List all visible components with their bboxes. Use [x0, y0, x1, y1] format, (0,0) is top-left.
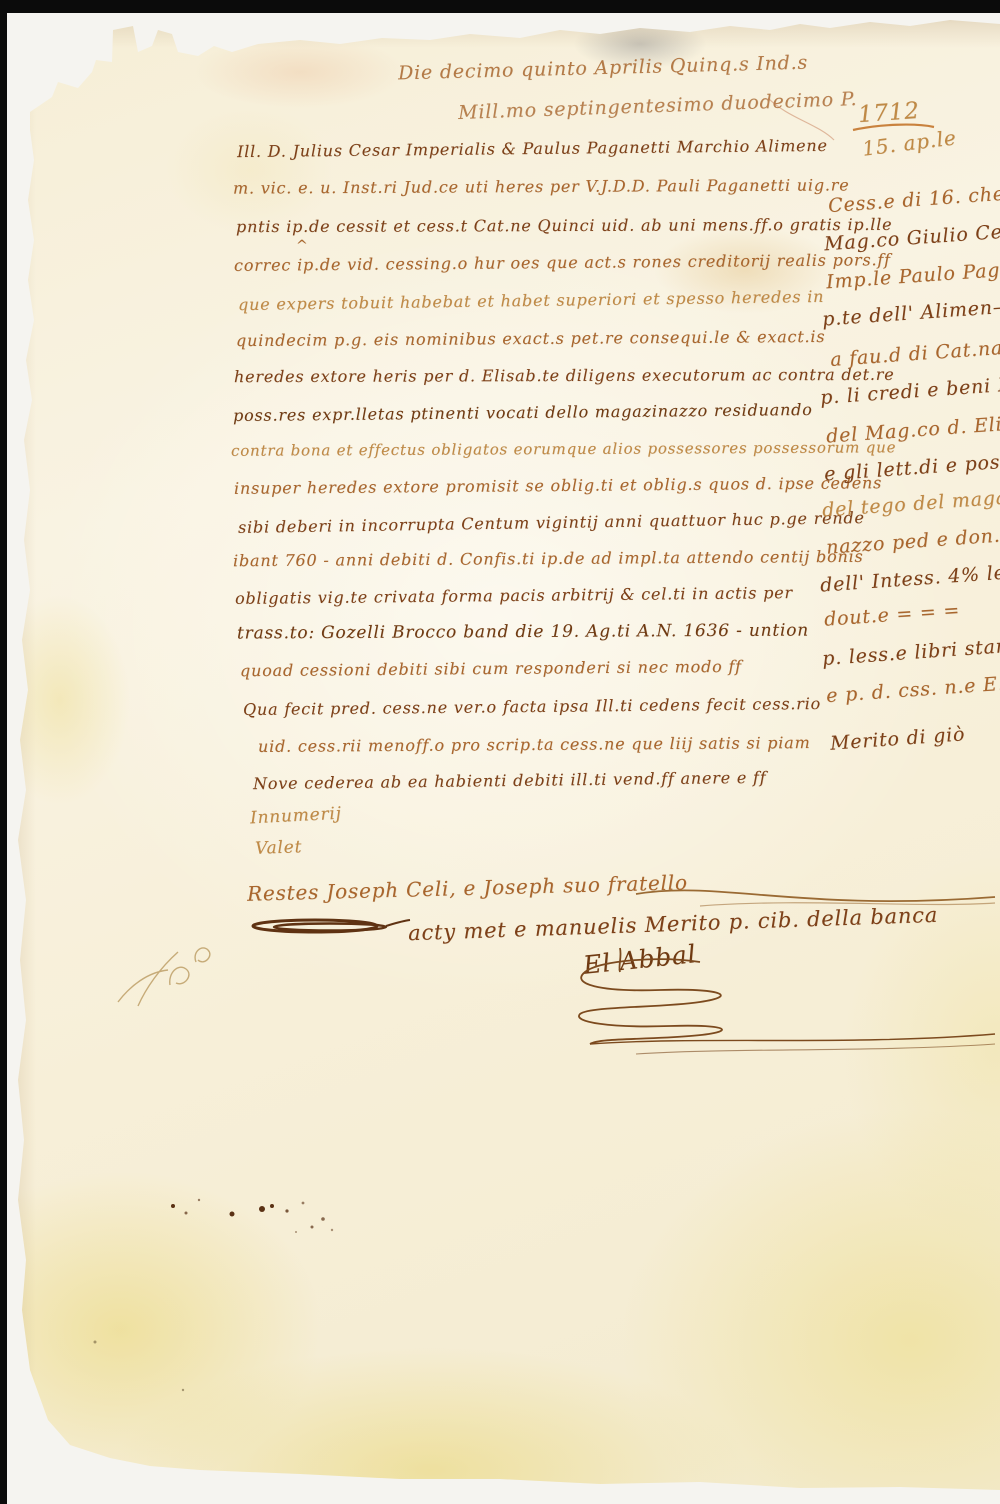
- ink-flourishes-layer: [0, 0, 1000, 1504]
- ink-speck-cluster: [171, 1199, 333, 1233]
- ink-speck-faint: [94, 1341, 185, 1392]
- signature-spiral-flourish: [579, 948, 722, 1044]
- signature-tail-line-2: [636, 1044, 995, 1054]
- manuscript-content: Die decimo quinto Aprilis Quinq.s Ind.s …: [0, 0, 1000, 1504]
- attestation-flourish-line: [636, 890, 995, 901]
- paraph-doodle: [118, 948, 210, 1006]
- scanned-manuscript-page: Die decimo quinto Aprilis Quinq.s Ind.s …: [0, 0, 1000, 1504]
- attestation-flourish-line-2: [700, 903, 995, 906]
- year-underline: [853, 125, 934, 130]
- paper-fiber-mark: [768, 98, 834, 140]
- strike-scribble-tail: [386, 920, 410, 926]
- strike-scribble: [274, 924, 386, 931]
